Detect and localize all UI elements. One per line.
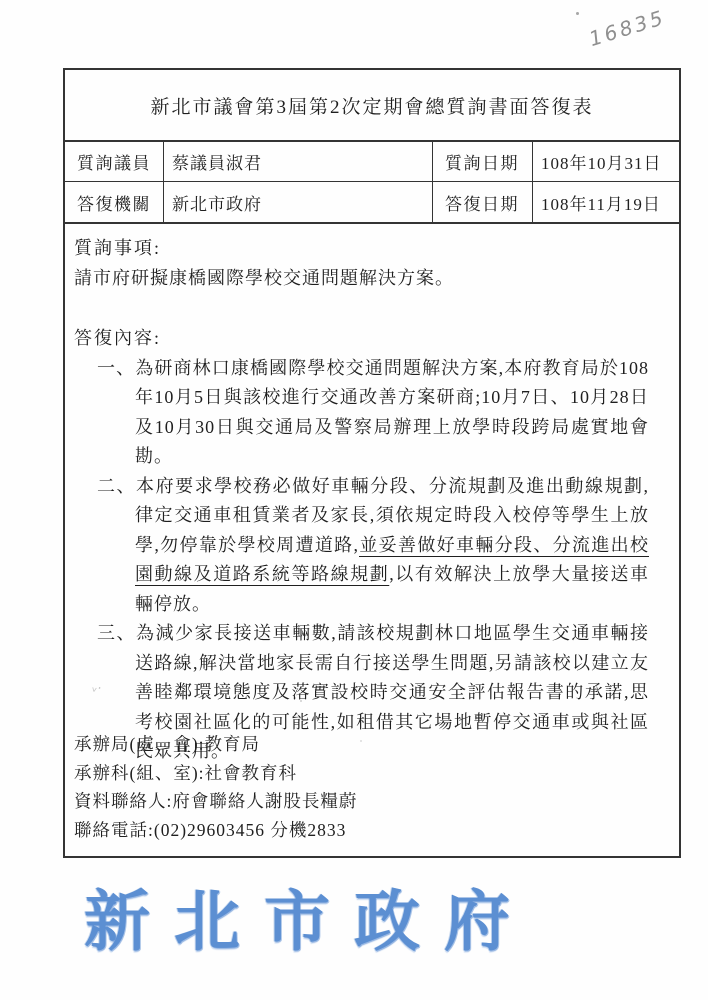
question-date-value: 108年10月31日 xyxy=(533,142,679,182)
answer-item-3-number: 三、 xyxy=(97,623,136,643)
form-body: 質詢事項: 請市府研擬康橋國際學校交通問題解決方案。 答復內容: 一、為研商林口… xyxy=(65,224,679,856)
answer-section-heading: 答復內容: xyxy=(74,324,649,354)
answer-item-1-text: 為研商林口康橋國際學校交通問題解決方案,本府教育局於108年10月5日與該校進行… xyxy=(135,358,649,467)
document-sheet: 16835 新北市議會第3屆第2次定期會總質詢書面答復表 質詢議員 蔡議員淑君 … xyxy=(0,0,708,1000)
answer-form-table: 新北市議會第3屆第2次定期會總質詢書面答復表 質詢議員 蔡議員淑君 質詢日期 1… xyxy=(63,68,681,858)
answer-item-1-number: 一、 xyxy=(97,358,135,378)
footer-section-line: 承辦科(組、室):社會教育科 xyxy=(74,759,357,788)
response-date-label: 答復日期 xyxy=(433,182,533,222)
footer-phone-line: 聯絡電話:(02)29603456 分機2833 xyxy=(74,816,357,845)
scan-artifact-specks xyxy=(300,700,302,702)
handwritten-number: 16835 xyxy=(586,5,668,51)
footer-agency-line: 承辦局(處、會):教育局 xyxy=(74,730,357,759)
footer-contact-line: 資料聯絡人:府會聯絡人謝股長糧蔚 xyxy=(74,787,357,816)
questioner-label: 質詢議員 xyxy=(65,142,164,182)
response-date-value: 108年11月19日 xyxy=(533,182,679,222)
questioner-value: 蔡議員淑君 xyxy=(164,142,433,182)
answer-item-1: 一、為研商林口康橋國際學校交通問題解決方案,本府教育局於108年10月5日與該校… xyxy=(135,354,649,472)
question-date-label: 質詢日期 xyxy=(433,142,533,182)
government-stamp: 新北市政府 xyxy=(84,868,534,963)
question-text: 請市府研擬康橋國際學校交通問題解決方案。 xyxy=(74,264,649,294)
form-title-row: 新北市議會第3屆第2次定期會總質詢書面答復表 xyxy=(65,70,679,142)
footer-contact-block: 承辦局(處、會):教育局 承辦科(組、室):社會教育科 資料聯絡人:府會聯絡人謝… xyxy=(74,730,357,844)
answer-item-2-number: 二、 xyxy=(97,476,136,496)
question-section-heading: 質詢事項: xyxy=(74,234,649,264)
responder-value: 新北市政府 xyxy=(164,182,433,222)
responder-label: 答復機關 xyxy=(65,182,164,222)
answer-item-2: 二、本府要求學校務必做好車輛分段、分流規劃及進出動線規劃,律定交通車租賃業者及家… xyxy=(135,472,649,620)
info-table: 質詢議員 蔡議員淑君 質詢日期 108年10月31日 答復機關 新北市政府 答復… xyxy=(65,142,679,224)
form-title: 新北市議會第3屆第2次定期會總質詢書面答復表 xyxy=(150,92,593,119)
pencil-dot-mark xyxy=(576,12,579,15)
